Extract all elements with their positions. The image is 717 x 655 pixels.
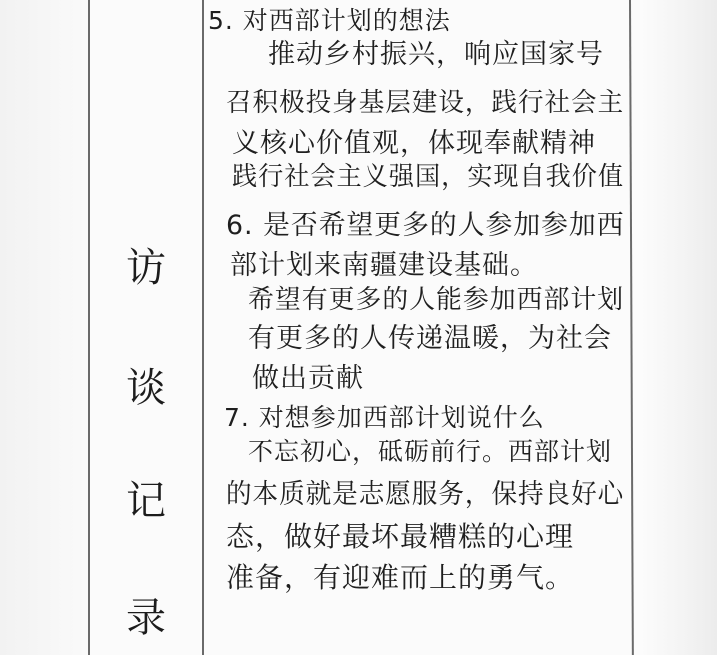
answer-line: 召积极投身基层建设，践行社会主 (226, 86, 624, 120)
interview-record-content: 5. 对西部计划的想法 推动乡村振兴，响应国家号 召积极投身基层建设，践行社会主… (204, 0, 629, 655)
answer-line: 准备，有迎难而上的勇气。 (226, 561, 574, 595)
page-shadow-right (640, 0, 717, 655)
question-6-heading: 6. 是否希望更多的人参加参加西 (226, 209, 625, 243)
answer-line: 做出贡献 (252, 362, 364, 396)
section-label-char: 谈 (90, 368, 202, 408)
answer-line: 希望有更多的人能参加西部计划 (248, 283, 624, 317)
answer-line: 态，做好最坏最糟糕的心理 (226, 520, 574, 554)
answer-line: 推动乡村振兴，响应国家号 (268, 38, 604, 72)
answer-line: 践行社会主义强国，实现自我价值 (232, 160, 624, 194)
table-border-right (629, 0, 633, 655)
question-5-heading: 5. 对西部计划的想法 (208, 4, 451, 38)
question-6-heading-cont: 部计划来南疆建设基础。 (230, 249, 538, 283)
page-shadow-left (0, 0, 88, 655)
question-7-heading: 7. 对想参加西部计划说什么 (224, 401, 545, 435)
section-label-char: 访 (90, 248, 202, 288)
section-label-column: 访 谈 记 录 (90, 0, 202, 655)
answer-line: 有更多的人传递温暖，为社会 (248, 322, 612, 356)
answer-line: 的本质就是志愿服务，保持良好心 (226, 478, 624, 512)
section-label-char: 记 (90, 481, 202, 521)
answer-line: 义核心价值观，体现奉献精神 (232, 127, 596, 161)
answer-line: 不忘初心，砥砺前行。西部计划 (248, 435, 612, 469)
section-label-char: 录 (90, 598, 202, 638)
